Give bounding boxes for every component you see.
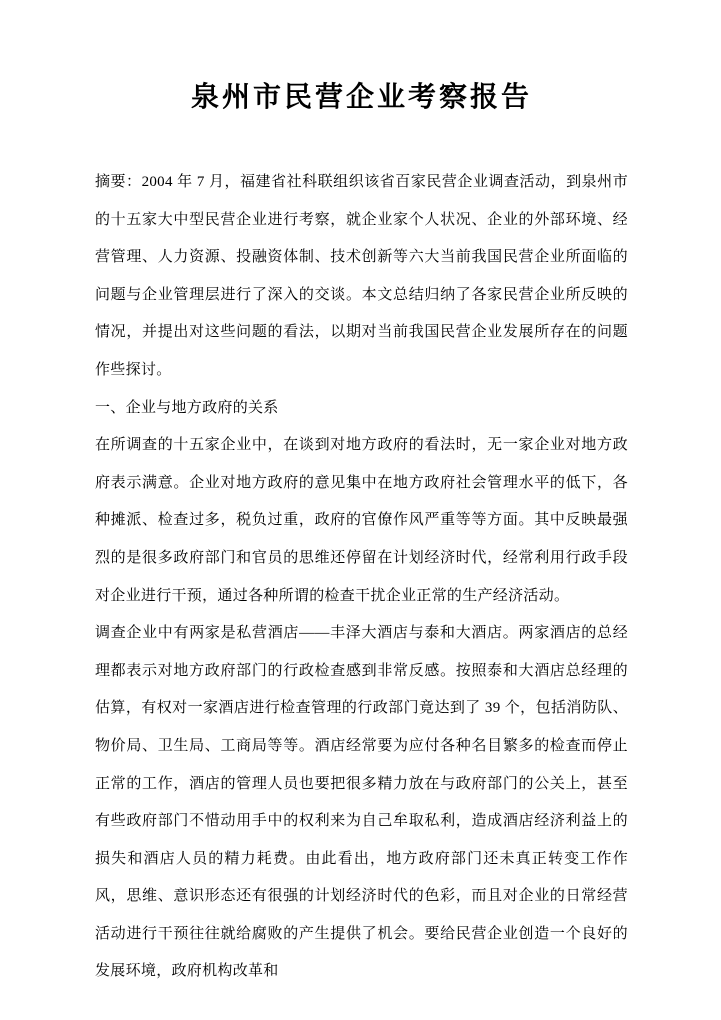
abstract-paragraph: 摘要：2004 年 7 月，福建省社科联组织该省百家民营企业调查活动，到泉州市的…: [95, 164, 628, 390]
body-paragraph-government-relations: 在所调查的十五家企业中，在谈到对地方政府的看法时，无一家企业对地方政府表示满意。…: [95, 427, 628, 615]
document-page: 泉州市民营企业考察报告 摘要：2004 年 7 月，福建省社科联组织该省百家民营…: [0, 0, 721, 1020]
body-paragraph-hotels: 调查企业中有两家是私营酒店——丰泽大酒店与泰和大酒店。两家酒店的总经理都表示对地…: [95, 615, 628, 991]
document-title: 泉州市民营企业考察报告: [95, 84, 628, 112]
section-heading: 一、企业与地方政府的关系: [95, 390, 628, 428]
